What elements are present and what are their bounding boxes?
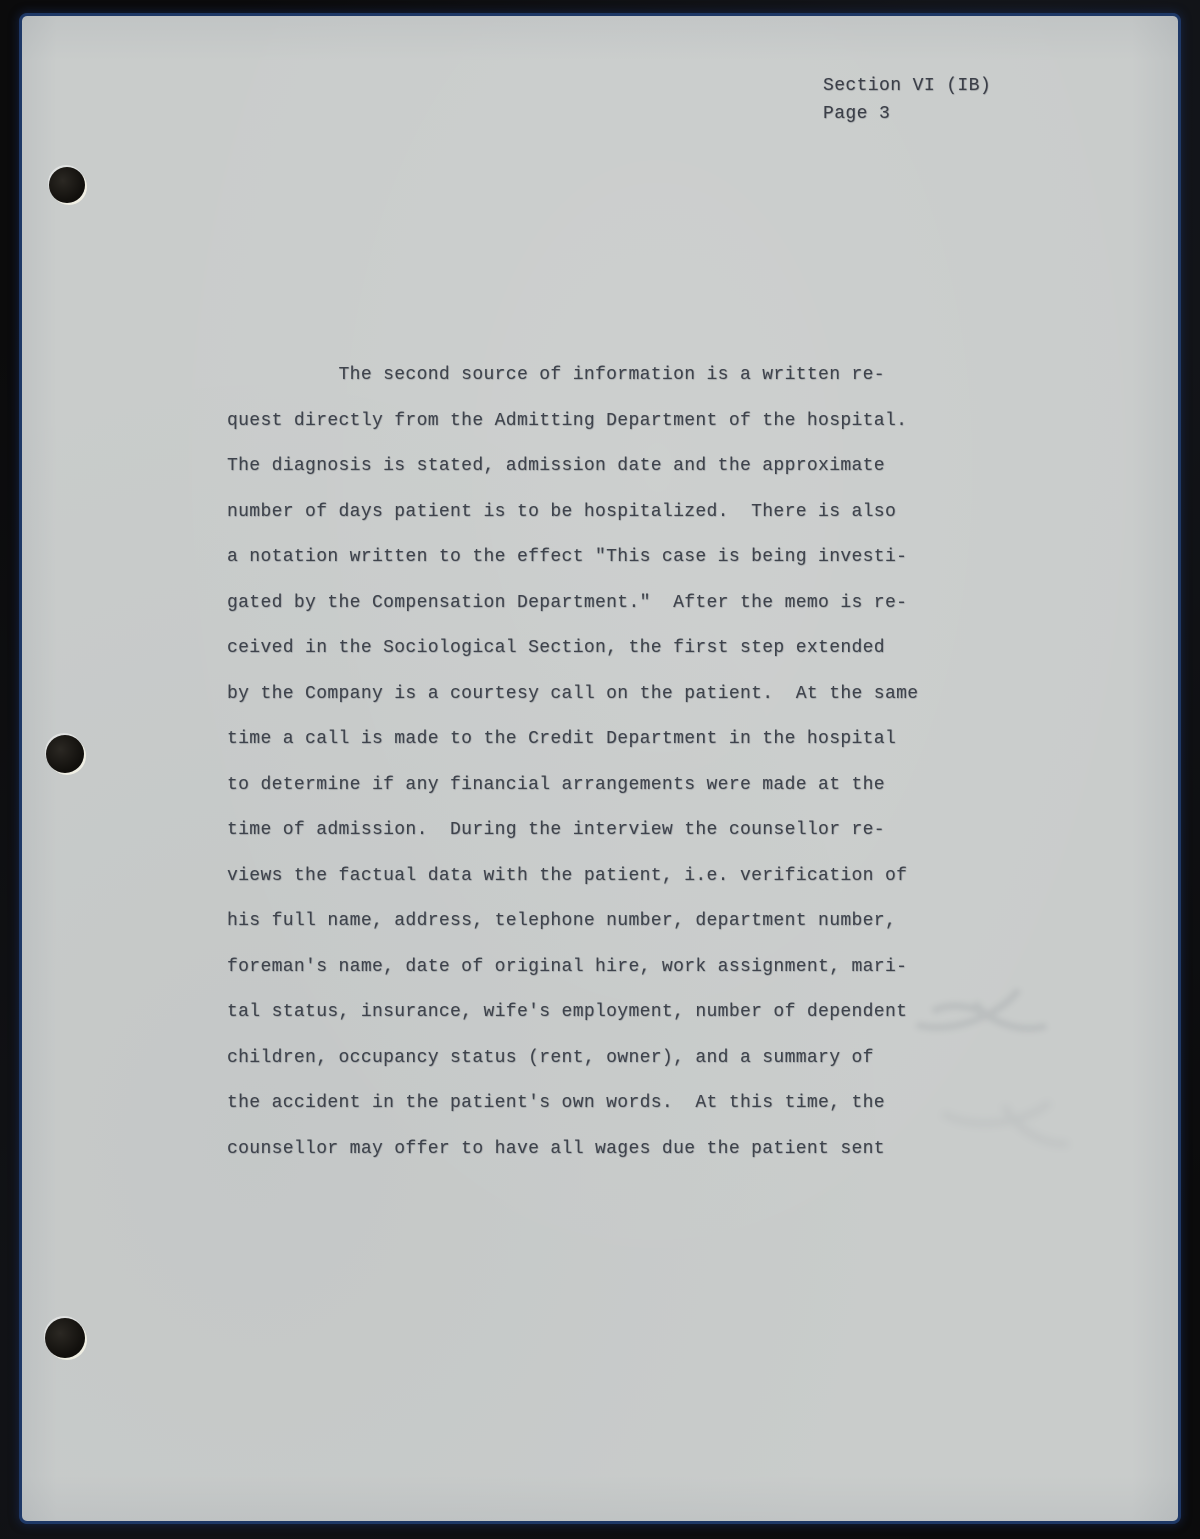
scanner-background: Section VI (IB) Page 3 The second source… bbox=[0, 0, 1200, 1539]
punch-hole-top-icon bbox=[49, 167, 85, 203]
punch-hole-bottom-icon bbox=[45, 1318, 85, 1358]
punch-hole-middle-icon bbox=[46, 735, 84, 773]
section-label: Section VI (IB) bbox=[823, 72, 991, 100]
page-number-label: Page 3 bbox=[823, 100, 991, 128]
body-paragraph: The second source of information is a wr… bbox=[227, 353, 918, 1172]
bleed-through-mark bbox=[897, 1018, 1068, 1144]
page-header: Section VI (IB) Page 3 bbox=[823, 72, 991, 128]
scanned-document-screenshot: { "header": { "section": "Section VI (IB… bbox=[0, 0, 1200, 1539]
document-page: Section VI (IB) Page 3 The second source… bbox=[22, 16, 1178, 1521]
